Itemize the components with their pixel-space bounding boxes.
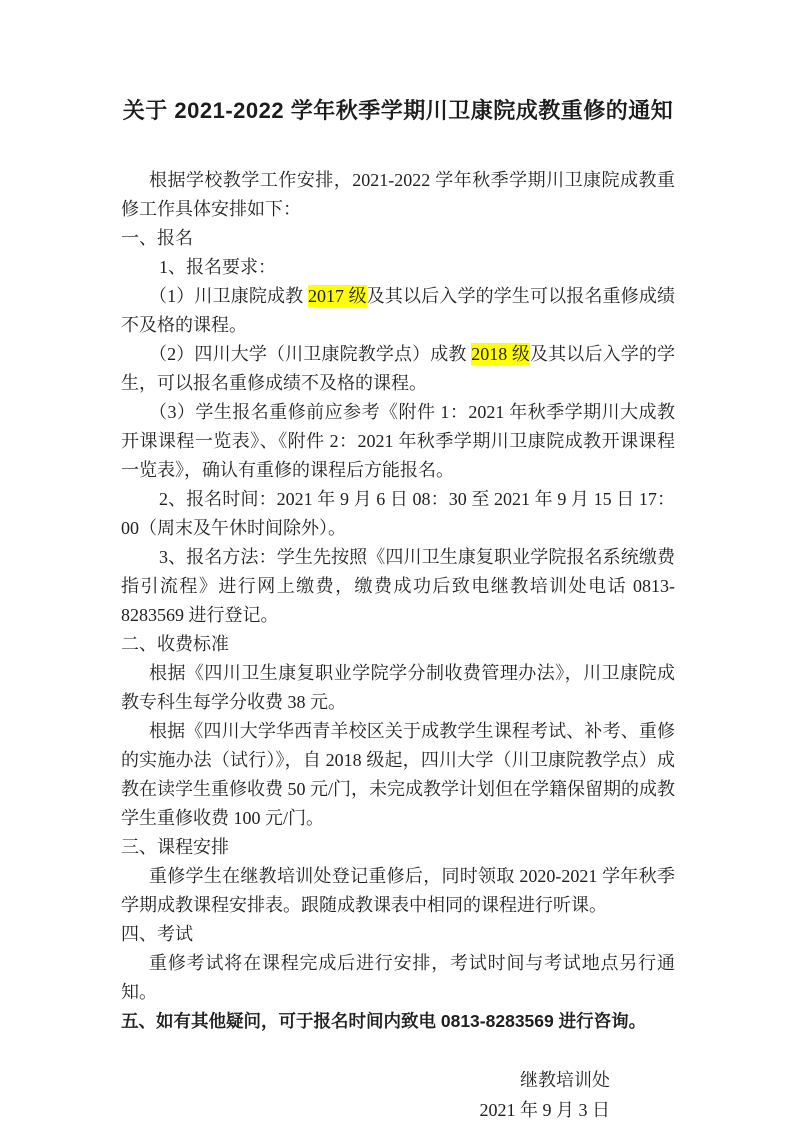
section2-para2: 根据《四川大学华西青羊校区关于成教学生课程考试、补考、重修的实施办法（试行）》，… — [121, 717, 675, 833]
section4-para1: 重修考试将在课程完成后进行安排，考试时间与考试地点另行通知。 — [121, 949, 675, 1007]
section1-heading: 一、报名 — [121, 224, 675, 253]
section4-heading: 四、考试 — [121, 920, 675, 949]
section1-item1-label: 1、报名要求： — [121, 253, 675, 282]
signoff-date: 2021 年 9 月 3 日 — [121, 1095, 610, 1122]
intro-paragraph: 根据学校教学工作安排，2021-2022 学年秋季学期川卫康院成教重修工作具体安… — [121, 166, 675, 224]
point1-text-pre: （1）川卫康院成教 — [149, 286, 308, 306]
section2-para1: 根据《四川卫生康复职业学院学分制收费管理办法》，川卫康院成教专科生每学分收费 3… — [121, 659, 675, 717]
section3-para1: 重修学生在继教培训处登记重修后，同时领取 2020-2021 学年秋季学期成教课… — [121, 862, 675, 920]
section1-point3: （3）学生报名重修前应参考《附件 1：2021 年秋季学期川大成教开课课程一览表… — [121, 398, 675, 485]
point2-text-pre: （2）四川大学（川卫康院教学点）成教 — [149, 344, 471, 364]
signoff-block: 继教培训处 2021 年 9 月 3 日 — [121, 1065, 675, 1122]
signoff-department: 继教培训处 — [121, 1065, 610, 1095]
section5-heading: 五、如有其他疑问，可于报名时间内致电 0813-8283569 进行咨询。 — [121, 1007, 675, 1036]
section1-item2: 2、报名时间：2021 年 9 月 6 日 08：30 至 2021 年 9 月… — [121, 485, 675, 543]
document-title: 关于 2021-2022 学年秋季学期川卫康院成教重修的通知 — [121, 96, 675, 126]
point1-highlight-2017: 2017 级 — [308, 285, 367, 307]
document-body: 根据学校教学工作安排，2021-2022 学年秋季学期川卫康院成教重修工作具体安… — [121, 166, 675, 1122]
point2-highlight-2018: 2018 级 — [471, 343, 530, 365]
section1-point1: （1）川卫康院成教 2017 级及其以后入学的学生可以报名重修成绩不及格的课程。 — [121, 282, 675, 340]
notice-document-page: 关于 2021-2022 学年秋季学期川卫康院成教重修的通知 根据学校教学工作安… — [0, 0, 793, 1122]
section3-heading: 三、课程安排 — [121, 833, 675, 862]
section1-point2: （2）四川大学（川卫康院教学点）成教 2018 级及其以后入学的学生，可以报名重… — [121, 340, 675, 398]
section1-item3: 3、报名方法：学生先按照《四川卫生康复职业学院报名系统缴费指引流程》进行网上缴费… — [121, 543, 675, 630]
section2-heading: 二、收费标准 — [121, 630, 675, 659]
